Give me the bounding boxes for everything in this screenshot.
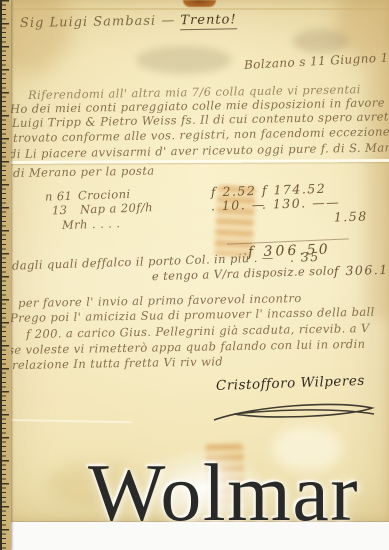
letter-paper: Sig Luigi Sambasi — Trento! Bolzano s 11… bbox=[0, 0, 389, 522]
wax-seal-remnant bbox=[183, 0, 216, 7]
recipient-city: Trento! bbox=[180, 12, 237, 30]
scanned-letter-photo: Sig Luigi Sambasi — Trento! Bolzano s 11… bbox=[0, 0, 389, 550]
signature: Cristofforo Wilperes bbox=[216, 373, 365, 394]
account-qty: n 61 bbox=[45, 189, 73, 204]
letter-body2-line-5: relazione In tutta fretta Vi riv wid bbox=[12, 354, 223, 372]
account-amount: 1.58 bbox=[334, 208, 368, 224]
deduction-amount: . 35 bbox=[290, 249, 320, 265]
ruler-ticks-long bbox=[2, 0, 9, 550]
ink-bleed-smudge bbox=[136, 46, 232, 74]
dateline: Bolzano s 11 Giugno 18 bbox=[244, 50, 389, 72]
letter-body1-line-6: di Merano per la posta bbox=[13, 164, 155, 180]
account-qty: 13 bbox=[52, 203, 68, 217]
fold-crease bbox=[0, 8, 389, 10]
ruler-strip bbox=[0, 0, 11, 550]
account-desc: Mrh . . . . bbox=[62, 216, 121, 232]
account-desc: Nap a 20f/h bbox=[80, 200, 153, 216]
net-amount: f 306.15 bbox=[334, 261, 389, 278]
signature-flourish bbox=[210, 398, 378, 430]
wolmar-watermark: Wolmar bbox=[88, 452, 359, 534]
ink-bleed-smudge bbox=[293, 29, 349, 53]
fold-crease bbox=[0, 419, 132, 423]
recipient-line: Sig Luigi Sambasi — Trento! bbox=[20, 12, 237, 31]
recipient-name: Sig Luigi Sambasi — bbox=[20, 13, 181, 31]
account-rate: . 10. — bbox=[211, 197, 266, 214]
